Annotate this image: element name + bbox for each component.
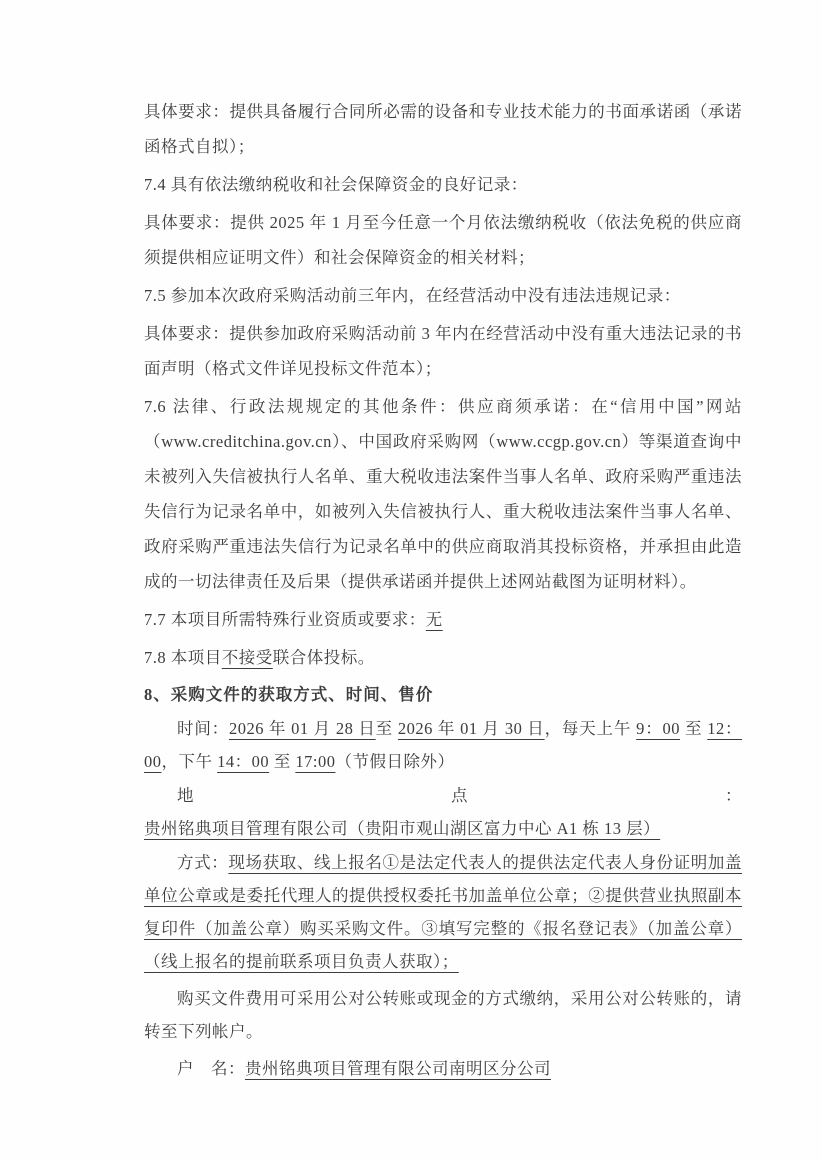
time-conj1: 至 [376, 719, 398, 738]
page-content: 具体要求：提供具备履行合同所必需的设备和专业技术能力的书面承诺函（承诺函格式自拟… [144, 94, 742, 1086]
account-name: 户 名：贵州铭典项目管理有限公司南明区分公司 [144, 1052, 742, 1085]
acquisition-time: 时间：2026 年 01 月 28 日至 2026 年 01 月 30 日，每天… [144, 712, 742, 778]
time-to-date: 2026 年 01 月 30 日 [398, 719, 545, 738]
clause-7-8-post: 联合体投标。 [273, 648, 375, 667]
time-from-date: 2026 年 01 月 28 日 [229, 719, 376, 738]
place-value: 贵州铭典项目管理有限公司（贵阳市观山湖区富力中心 A1 栋 13 层） [144, 819, 660, 838]
clause-7-6: 7.6 法律、行政法规规定的其他条件：供应商须承诺：在“信用中国”网站（www.… [144, 389, 742, 599]
time-pm-start: 14：00 [217, 752, 269, 771]
clause-7-8-emphasis: 不接受 [222, 648, 273, 667]
clause-7-7: 7.7 本项目所需特殊行业资质或要求：无 [144, 602, 742, 637]
time-note: （节假日除外） [335, 752, 454, 771]
method-label: 方式： [177, 853, 228, 872]
time-label: 时间： [177, 719, 229, 738]
clause-7-7-label: 7.7 本项目所需特殊行业资质或要求： [144, 610, 426, 629]
clause-7-8-pre: 7.8 本项目 [144, 648, 222, 667]
acquisition-place: 地点：贵州铭典项目管理有限公司（贵阳市观山湖区富力中心 A1 栋 13 层） [144, 779, 742, 845]
method-value: 现场获取、线上报名①是法定代表人的提供法定代表人身份证明加盖单位公章或是委托代理… [144, 853, 742, 971]
clause-7-3-requirement: 具体要求：提供具备履行合同所必需的设备和专业技术能力的书面承诺函（承诺函格式自拟… [144, 94, 742, 164]
clause-7-8: 7.8 本项目不接受联合体投标。 [144, 640, 742, 675]
clause-7-5: 7.5 参加本次政府采购活动前三年内，在经营活动中没有违法违规记录： [144, 278, 742, 313]
payment-note: 购买文件费用可采用公对公转账或现金的方式缴纳，采用公对公转账的，请转至下列帐户。 [144, 982, 742, 1048]
account-name-value: 贵州铭典项目管理有限公司南明区分公司 [245, 1059, 551, 1078]
time-am-start: 9：00 [636, 719, 680, 738]
document-page: 具体要求：提供具备履行合同所必需的设备和专业技术能力的书面承诺函（承诺函格式自拟… [0, 0, 822, 1161]
time-conj2: 至 [680, 719, 707, 738]
time-sep2: ，下午 [162, 752, 218, 771]
time-conj3: 至 [269, 752, 295, 771]
clause-7-4: 7.4 具有依法缴纳税收和社会保障资金的良好记录： [144, 167, 742, 202]
section-8-heading: 8、采购文件的获取方式、时间、售价 [144, 678, 742, 711]
acquisition-method: 方式：现场获取、线上报名①是法定代表人的提供法定代表人身份证明加盖单位公章或是委… [144, 846, 742, 978]
account-name-label: 户 名： [177, 1059, 245, 1078]
clause-7-7-value: 无 [426, 610, 443, 629]
place-label: 地点： [177, 786, 742, 805]
time-sep1: ，每天上午 [545, 719, 637, 738]
clause-7-4-requirement: 具体要求：提供 2025 年 1 月至今任意一个月依法缴纳税收（依法免税的供应商… [144, 205, 742, 275]
clause-7-5-requirement: 具体要求：提供参加政府采购活动前 3 年内在经营活动中没有重大违法记录的书面声明… [144, 316, 742, 386]
time-pm-end: 17:00 [295, 752, 335, 771]
